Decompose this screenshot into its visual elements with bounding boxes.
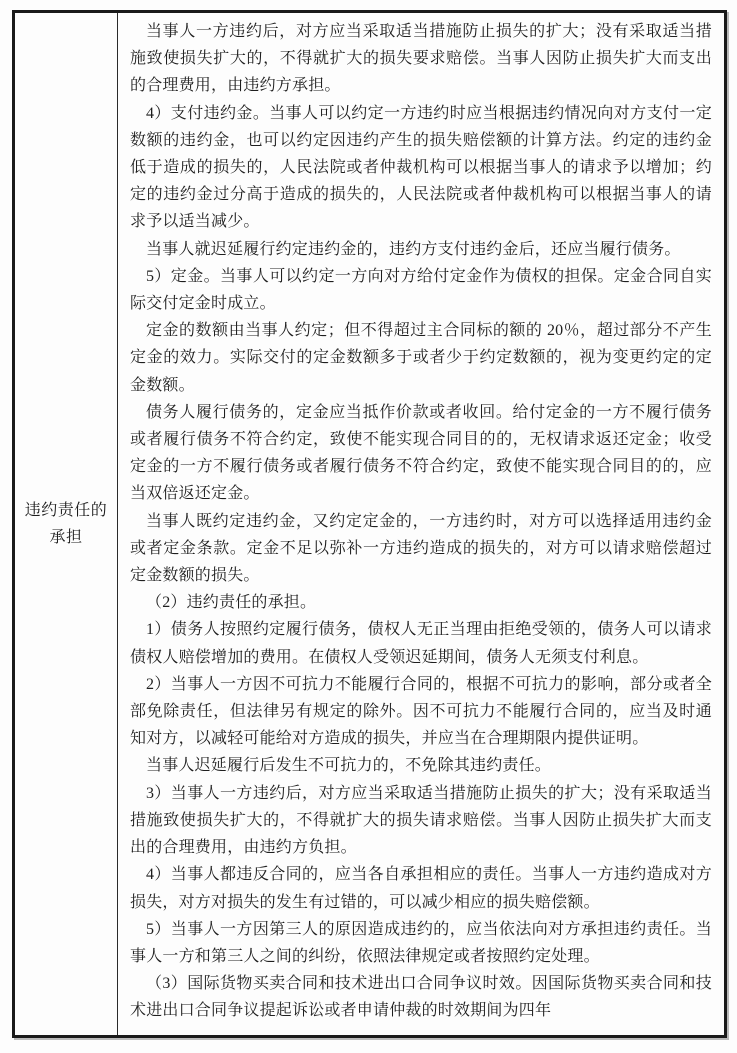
- paragraph: 4）当事人都违反合同的，应当各自承担相应的责任。当事人一方违约造成对方损失，对方…: [130, 861, 712, 915]
- row-content-cell: 当事人一方违约后，对方应当采取适当措施防止损失的扩大；没有采取适当措施致使损失扩…: [118, 13, 724, 1035]
- paragraph: 当事人迟延履行后发生不可抗力的，不免除其违约责任。: [130, 752, 712, 779]
- paragraph: 5）定金。当事人可以约定一方向对方给付定金作为债权的担保。定金合同自实际交付定金…: [130, 263, 712, 317]
- paragraph: 2）当事人一方因不可抗力不能履行合同的，根据不可抗力的影响，部分或者全部免除责任…: [130, 671, 712, 753]
- paragraph: 定金的数额由当事人约定；但不得超过主合同标的额的 20％，超过部分不产生定金的效…: [130, 317, 712, 399]
- paragraph: 当事人就迟延履行约定违约金的，违约方支付违约金后，还应当履行债务。: [130, 236, 712, 263]
- row-header-cell: 违约责任的 承担: [15, 13, 118, 1035]
- row-header-label-line2: 承担: [49, 524, 82, 551]
- paragraph: （2）违约责任的承担。: [130, 589, 712, 616]
- paragraph: 3）当事人一方违约后，对方应当采取适当措施防止损失的扩大；没有采取适当措施致使损…: [130, 780, 712, 862]
- paragraph: 当事人既约定违约金，又约定定金的，一方违约时，对方可以选择适用违约金或者定金条款…: [130, 508, 712, 590]
- row-header-label-line1: 违约责任的: [25, 497, 108, 524]
- paragraph: （3）国际货物买卖合同和技术进出口合同争议时效。因国际货物买卖合同和技术进出口合…: [130, 970, 712, 1024]
- paragraph: 1）债务人按照约定履行债务，债权人无正当理由拒绝受领的，债务人可以请求债权人赔偿…: [130, 616, 712, 670]
- paragraph: 当事人一方违约后，对方应当采取适当措施防止损失的扩大；没有采取适当措施致使损失扩…: [130, 18, 712, 100]
- document-page: 违约责任的 承担 当事人一方违约后，对方应当采取适当措施防止损失的扩大；没有采取…: [0, 0, 737, 1053]
- paragraph: 债务人履行债务的，定金应当抵作价款或者收回。给付定金的一方不履行债务或者履行债务…: [130, 399, 712, 508]
- paragraph: 5）当事人一方因第三人的原因造成违约的，应当依法向对方承担违约责任。当事人一方和…: [130, 916, 712, 970]
- paragraph: 4）支付违约金。当事人可以约定一方违约时应当根据违约情况向对方支付一定数额的违约…: [130, 100, 712, 236]
- liability-table: 违约责任的 承担 当事人一方违约后，对方应当采取适当措施防止损失的扩大；没有采取…: [12, 10, 727, 1038]
